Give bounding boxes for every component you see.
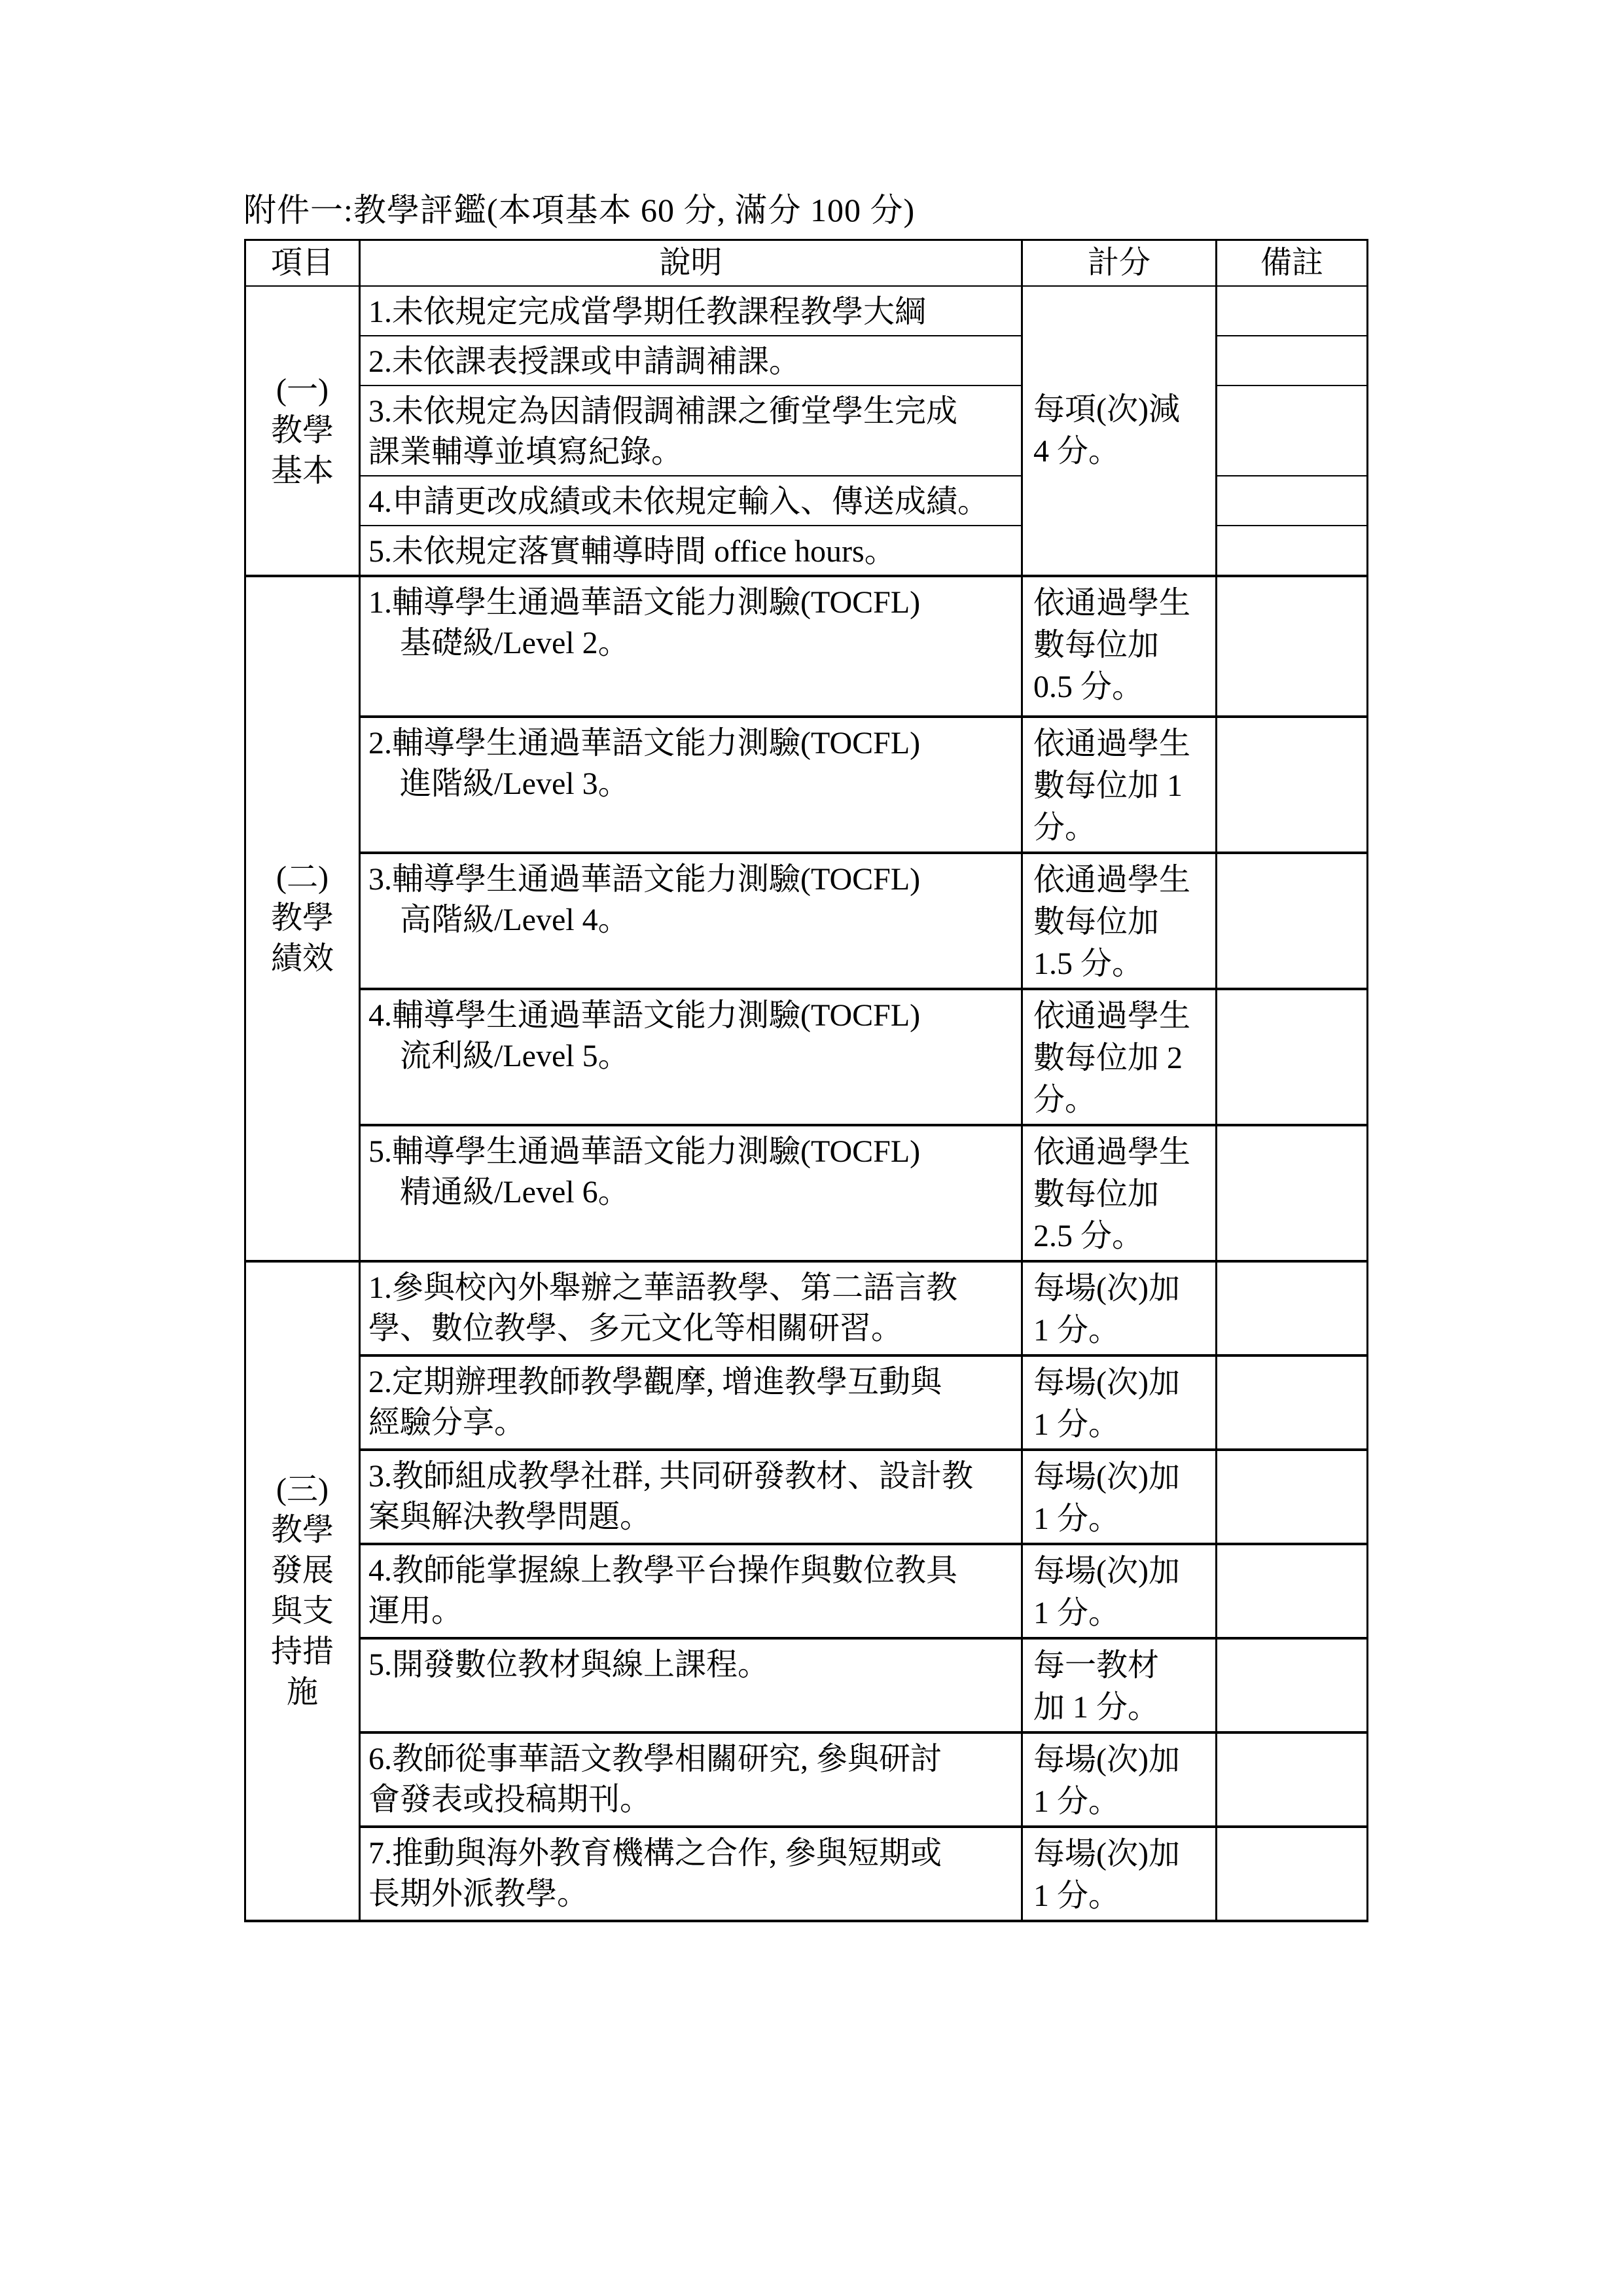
remarks-cell	[1217, 1544, 1368, 1638]
remarks-cell	[1217, 1125, 1368, 1261]
remarks-cell	[1217, 1261, 1368, 1355]
description-cell: 6.教師從事華語文教學相關研究, 參與研討 會發表或投稿期刊。	[360, 1732, 1022, 1827]
evaluation-table: 項目 說明 計分 備註 (一) 教學 基本 1.未依規定完成當學期任教課程教學大…	[244, 239, 1368, 1922]
scoring-cell: 依通過學生 數每位加 2 分。	[1022, 989, 1217, 1125]
scoring-cell: 每場(次)加 1 分。	[1022, 1544, 1217, 1638]
scoring-cell: 每場(次)加 1 分。	[1022, 1732, 1217, 1827]
page-title: 附件一:教學評鑑(本項基本 60 分, 滿分 100 分)	[243, 191, 915, 229]
remarks-cell	[1217, 476, 1368, 526]
description-cell: 4.輔導學生通過華語文能力測驗(TOCFL) 流利級/Level 5。	[360, 989, 1022, 1125]
scoring-cell: 每一教材 加 1 分。	[1022, 1638, 1217, 1732]
description-cell: 7.推動與海外教育機構之合作, 參與短期或 長期外派教學。	[360, 1827, 1022, 1921]
remarks-cell	[1217, 386, 1368, 476]
scoring-cell: 每場(次)加 1 分。	[1022, 1261, 1217, 1355]
scoring-cell: 依通過學生 數每位加 1.5 分。	[1022, 853, 1217, 989]
description-cell: 4.申請更改成績或未依規定輸入、傳送成績。	[360, 476, 1022, 526]
description-cell: 4.教師能掌握線上教學平台操作與數位教具 運用。	[360, 1544, 1022, 1638]
description-cell: 5.開發數位教材與線上課程。	[360, 1638, 1022, 1732]
header-scoring: 計分	[1022, 240, 1217, 286]
scoring-cell: 依通過學生 數每位加 1 分。	[1022, 717, 1217, 853]
remarks-cell	[1217, 1732, 1368, 1827]
description-cell: 2.未依課表授課或申請調補課。	[360, 336, 1022, 386]
remarks-cell	[1217, 336, 1368, 386]
header-description: 說明	[360, 240, 1022, 286]
header-item: 項目	[245, 240, 360, 286]
header-remarks: 備註	[1217, 240, 1368, 286]
description-cell: 5.未依規定落實輔導時間 office hours。	[360, 526, 1022, 576]
remarks-cell	[1217, 853, 1368, 989]
description-cell: 2.輔導學生通過華語文能力測驗(TOCFL) 進階級/Level 3。	[360, 717, 1022, 853]
remarks-cell	[1217, 526, 1368, 576]
description-cell: 1.未依規定完成當學期任教課程教學大綱	[360, 286, 1022, 336]
remarks-cell	[1217, 1638, 1368, 1732]
scoring-cell: 每場(次)加 1 分。	[1022, 1827, 1217, 1921]
description-cell: 1.參與校內外舉辦之華語教學、第二語言教 學、數位教學、多元文化等相關研習。	[360, 1261, 1022, 1355]
section-label-cell: (三) 教學 發展 與支 持措 施	[245, 1261, 360, 1921]
remarks-cell	[1217, 1450, 1368, 1544]
remarks-cell	[1217, 717, 1368, 853]
remarks-cell	[1217, 1827, 1368, 1921]
document-page: 附件一:教學評鑑(本項基本 60 分, 滿分 100 分) 項目 說明 計分 備…	[0, 0, 1623, 2296]
description-cell: 3.未依規定為因請假調補課之衝堂學生完成 課業輔導並填寫紀錄。	[360, 386, 1022, 476]
scoring-cell: 每項(次)減 4 分。	[1022, 286, 1217, 576]
description-cell: 1.輔導學生通過華語文能力測驗(TOCFL) 基礎級/Level 2。	[360, 576, 1022, 717]
scoring-cell: 依通過學生 數每位加 0.5 分。	[1022, 576, 1217, 717]
remarks-cell	[1217, 1355, 1368, 1450]
description-cell: 3.教師組成教學社群, 共同研發教材、設計教 案與解決教學問題。	[360, 1450, 1022, 1544]
description-cell: 3.輔導學生通過華語文能力測驗(TOCFL) 高階級/Level 4。	[360, 853, 1022, 989]
section-label-cell: (二) 教學 績效	[245, 576, 360, 1261]
description-cell: 2.定期辦理教師教學觀摩, 增進教學互動與 經驗分享。	[360, 1355, 1022, 1450]
scoring-cell: 依通過學生 數每位加 2.5 分。	[1022, 1125, 1217, 1261]
scoring-cell: 每場(次)加 1 分。	[1022, 1355, 1217, 1450]
remarks-cell	[1217, 989, 1368, 1125]
remarks-cell	[1217, 576, 1368, 717]
section-label-cell: (一) 教學 基本	[245, 286, 360, 576]
scoring-cell: 每場(次)加 1 分。	[1022, 1450, 1217, 1544]
remarks-cell	[1217, 286, 1368, 336]
description-cell: 5.輔導學生通過華語文能力測驗(TOCFL) 精通級/Level 6。	[360, 1125, 1022, 1261]
